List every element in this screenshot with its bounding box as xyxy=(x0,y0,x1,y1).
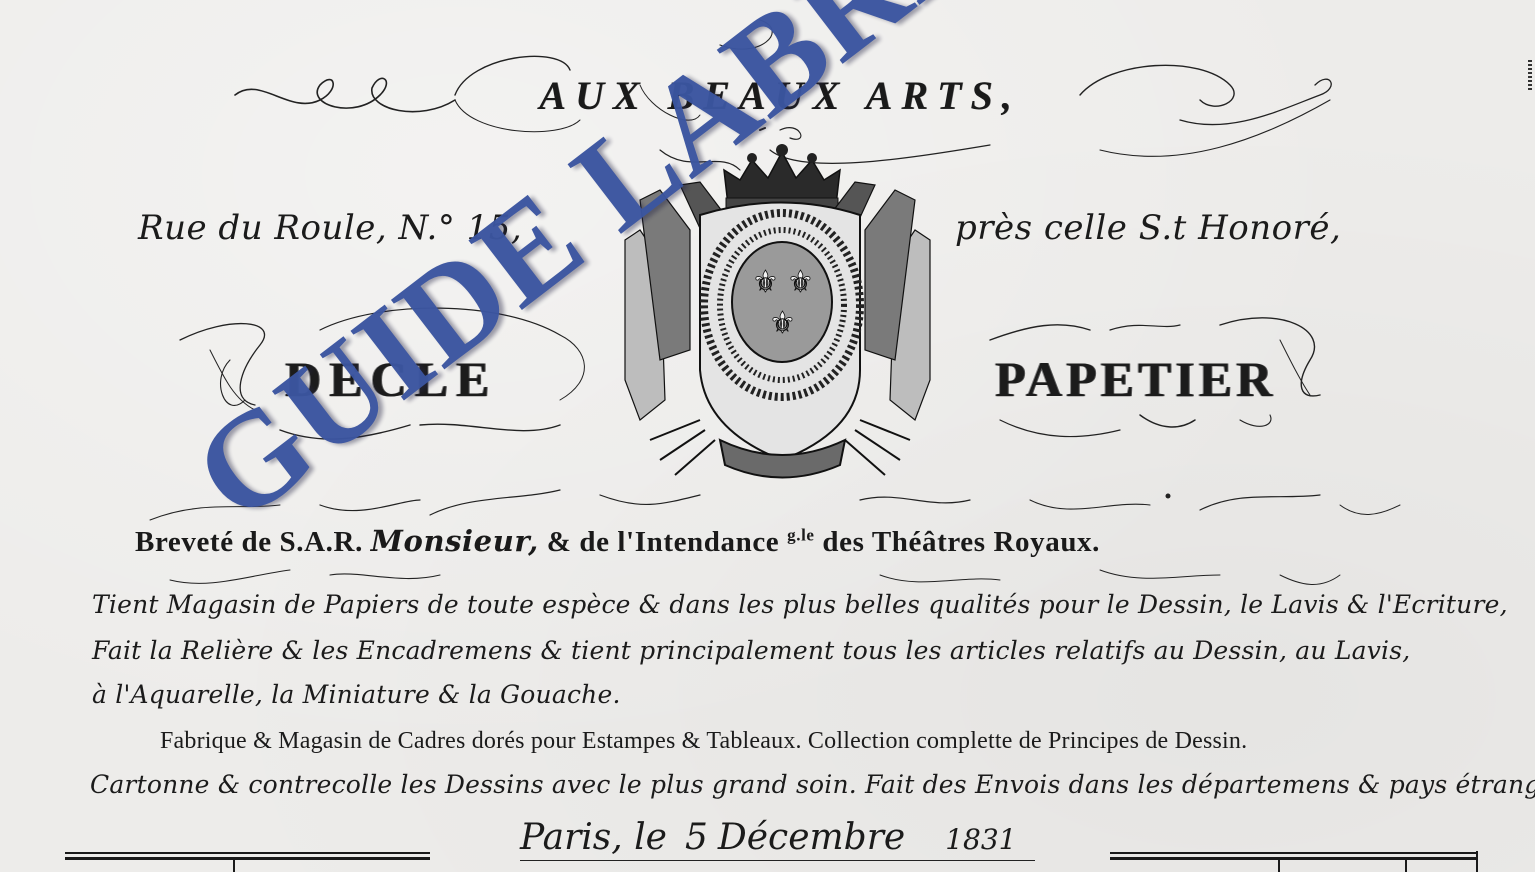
warrant-abbr: g.le xyxy=(787,525,814,544)
crown-icon xyxy=(724,144,840,208)
ledger-column-divider xyxy=(1278,858,1280,872)
ledger-rule-left-top xyxy=(65,852,430,854)
date-month: Décembre xyxy=(718,817,905,858)
scan-edge-mark xyxy=(1528,60,1532,90)
warrant-middle: & de l'Intendance xyxy=(547,526,780,558)
description-line-2: Fait la Relière & les Encadremens & tien… xyxy=(92,636,1410,665)
svg-text:⚜: ⚜ xyxy=(769,306,796,341)
description-line-4: Fabrique & Magasin de Cadres dorés pour … xyxy=(160,728,1247,755)
svg-text:⚜: ⚜ xyxy=(787,265,814,300)
ledger-column-divider xyxy=(233,858,235,872)
warrant-patron: Monsieur, xyxy=(371,524,539,558)
svg-text:⚜: ⚜ xyxy=(752,265,779,300)
description-line-5: Cartonne & contrecolle les Dessins avec … xyxy=(90,770,1535,799)
warrant-prefix: Breveté de S.A.R. xyxy=(135,526,363,558)
description-line-3: à l'Aquarelle, la Miniature & la Gouache… xyxy=(92,680,621,709)
royal-warrant-line: Breveté de S.A.R. Monsieur, & de l'Inten… xyxy=(135,524,1435,559)
date-prefix: Paris, le xyxy=(520,817,667,858)
ledger-rule-right-bottom xyxy=(1110,857,1478,860)
date-day: 5 xyxy=(685,817,708,858)
invoice-date: Paris, le5Décembre1831 xyxy=(520,818,1035,861)
merchant-trade: PAPETIER xyxy=(995,350,1276,408)
ledger-rule-left-bottom xyxy=(65,857,430,860)
merchant-name: DECLE xyxy=(285,350,497,408)
ledger-column-divider xyxy=(1405,858,1407,872)
date-year: 1831 xyxy=(945,823,1016,856)
ledger-rule-right-top xyxy=(1110,852,1478,854)
ledger-column-divider xyxy=(1476,851,1478,872)
warrant-suffix: des Théâtres Royaux. xyxy=(822,526,1100,558)
description-line-1: Tient Magasin de Papiers de toute espèce… xyxy=(92,590,1508,619)
